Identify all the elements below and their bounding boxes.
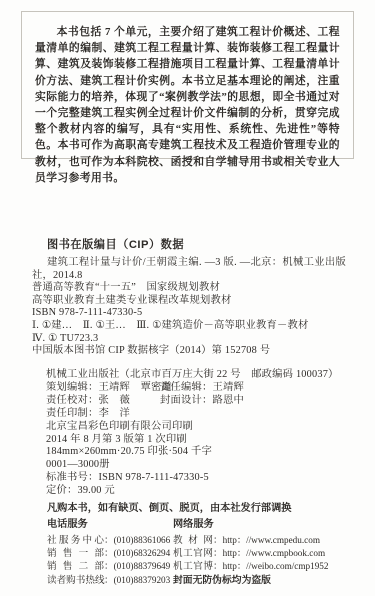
label-colon: ：	[104, 561, 114, 572]
phone-number: (010)88379203	[114, 575, 171, 585]
service-columns: 电话服务 社服务中心：(010)88361066 销售一部：(010)68326…	[47, 518, 361, 587]
staff-row: 责任印制：李 洋	[46, 408, 362, 421]
service-row-phone: 销售二部：(010)88379649	[47, 560, 173, 573]
phone-service-label: 读者购书热线	[47, 574, 104, 587]
proofreader: 责任校对：张 薇	[46, 395, 160, 408]
publisher-name-line: 机械工业出版社（北京市百万庄大街 22 号 邮政编码 100037）	[46, 369, 362, 382]
cip-entry: 建筑工程计量与计价/王朝霞主编. —3 版. —北京：机械工业出版社，2014.…	[32, 257, 346, 282]
label-colon: ：	[104, 548, 114, 559]
service-row-web: 教材网：http：//www.cmpedu.com	[173, 534, 361, 547]
edition-line: 2014 年 8 月第 3 版第 1 次印刷	[46, 434, 362, 447]
phone-service-label: 销售二部	[47, 560, 104, 573]
phone-number: (010)68326294	[114, 548, 171, 558]
print-supervisor: 责任印制：李 洋	[46, 408, 160, 421]
phone-service-label: 社服务中心	[47, 534, 104, 547]
staff-row: 策划编辑：王靖辉 覃密道 责任编辑：王靖辉	[46, 382, 362, 395]
phone-service-column: 电话服务 社服务中心：(010)88361066 销售一部：(010)68326…	[47, 518, 173, 587]
web-service-label: 教材网	[173, 534, 213, 547]
web-service-label: 机工官博	[173, 560, 213, 573]
cip-series-line-1: 普通高等教育“十一五” 国家级规划教材	[32, 282, 346, 295]
printer-line: 北京宝昌彩色印刷有限公司印刷	[46, 421, 362, 434]
print-run-line: 0001—3000册	[46, 459, 362, 472]
web-service-column: 网络服务 教材网：http：//www.cmpedu.com 机工官网：http…	[173, 518, 361, 587]
web-service-header: 网络服务	[173, 518, 361, 532]
web-url: http：//www.cmpbook.com	[223, 548, 326, 558]
web-url: http：//www.cmpedu.com	[223, 535, 320, 545]
cip-isbn: ISBN 978-7-111-47330-5	[32, 307, 346, 320]
cip-header: 图书在版编目（CIP）数据	[47, 236, 184, 252]
planning-editors: 策划编辑：王靖辉 覃密道	[46, 382, 160, 395]
service-row-phone: 社服务中心：(010)88361066	[47, 534, 173, 547]
price-line: 定价：39.00 元	[46, 485, 362, 498]
cip-block: 建筑工程计量与计价/王朝霞主编. —3 版. —北京：机械工业出版社，2014.…	[32, 257, 346, 358]
publisher-block: 机械工业出版社（北京市百万庄大街 22 号 邮政编码 100037） 策划编辑：…	[46, 369, 362, 498]
label-colon: ：	[104, 575, 114, 586]
label-colon: ：	[104, 535, 114, 546]
book-intro-box: 本书包括 7 个单元，主要介绍了建筑工程计价概述、工程量清单的编制、建筑工程工程…	[21, 11, 354, 159]
web-url: http：//weibo.com/cmp1952	[223, 561, 329, 571]
service-block: 凡购本书，如有缺页、倒页、脱页，由本社发行部调换 电话服务 社服务中心：(010…	[47, 502, 361, 587]
copyright-page: 本书包括 7 个单元，主要介绍了建筑工程计价概述、工程量清单的编制、建筑工程工程…	[0, 0, 375, 596]
responsible-editor: 责任编辑：王靖辉	[160, 382, 244, 395]
label-colon: ：	[213, 561, 223, 572]
label-colon: ：	[213, 535, 223, 546]
cover-designer: 封面设计：路恩中	[160, 395, 244, 408]
service-row-phone: 读者购书热线：(010)88379203	[47, 574, 173, 587]
staff-row: 责任校对：张 薇 封面设计：路恩中	[46, 395, 362, 408]
web-service-label: 机工官网	[173, 547, 213, 560]
standard-book-number: 标准书号：ISBN 978-7-111-47330-5	[46, 472, 362, 485]
label-colon: ：	[213, 548, 223, 559]
service-row-phone: 销售一部：(010)68326294	[47, 547, 173, 560]
format-line: 184mm×260mm·20.75 印张·504 千字	[46, 446, 362, 459]
service-row-web: 机工官网：http：//www.cmpbook.com	[173, 547, 361, 560]
cip-record-number: 中国版本图书馆 CIP 数据核字（2014）第 152708 号	[32, 345, 346, 358]
phone-number: (010)88361066	[114, 535, 171, 545]
exchange-notice: 凡购本书，如有缺页、倒页、脱页，由本社发行部调换	[47, 502, 361, 515]
cip-classification-line-2: Ⅳ. ① TU723.3	[32, 333, 346, 346]
service-row-web: 机工官博：http：//weibo.com/cmp1952	[173, 560, 361, 573]
cip-classification-line-1: Ⅰ. ①建… Ⅱ. ①王… Ⅲ. ①建筑造价－高等职业教育－教材	[32, 320, 346, 333]
cip-series-line-2: 高等职业教育土建类专业课程改革规划教材	[32, 295, 346, 308]
phone-number: (010)88379649	[114, 561, 171, 571]
anti-piracy-notice: 封面无防伪标均为盗版	[173, 574, 361, 587]
phone-service-label: 销售一部	[47, 547, 104, 560]
book-intro-text: 本书包括 7 个单元，主要介绍了建筑工程计价概述、工程量清单的编制、建筑工程工程…	[35, 24, 340, 186]
phone-service-header: 电话服务	[47, 518, 173, 532]
